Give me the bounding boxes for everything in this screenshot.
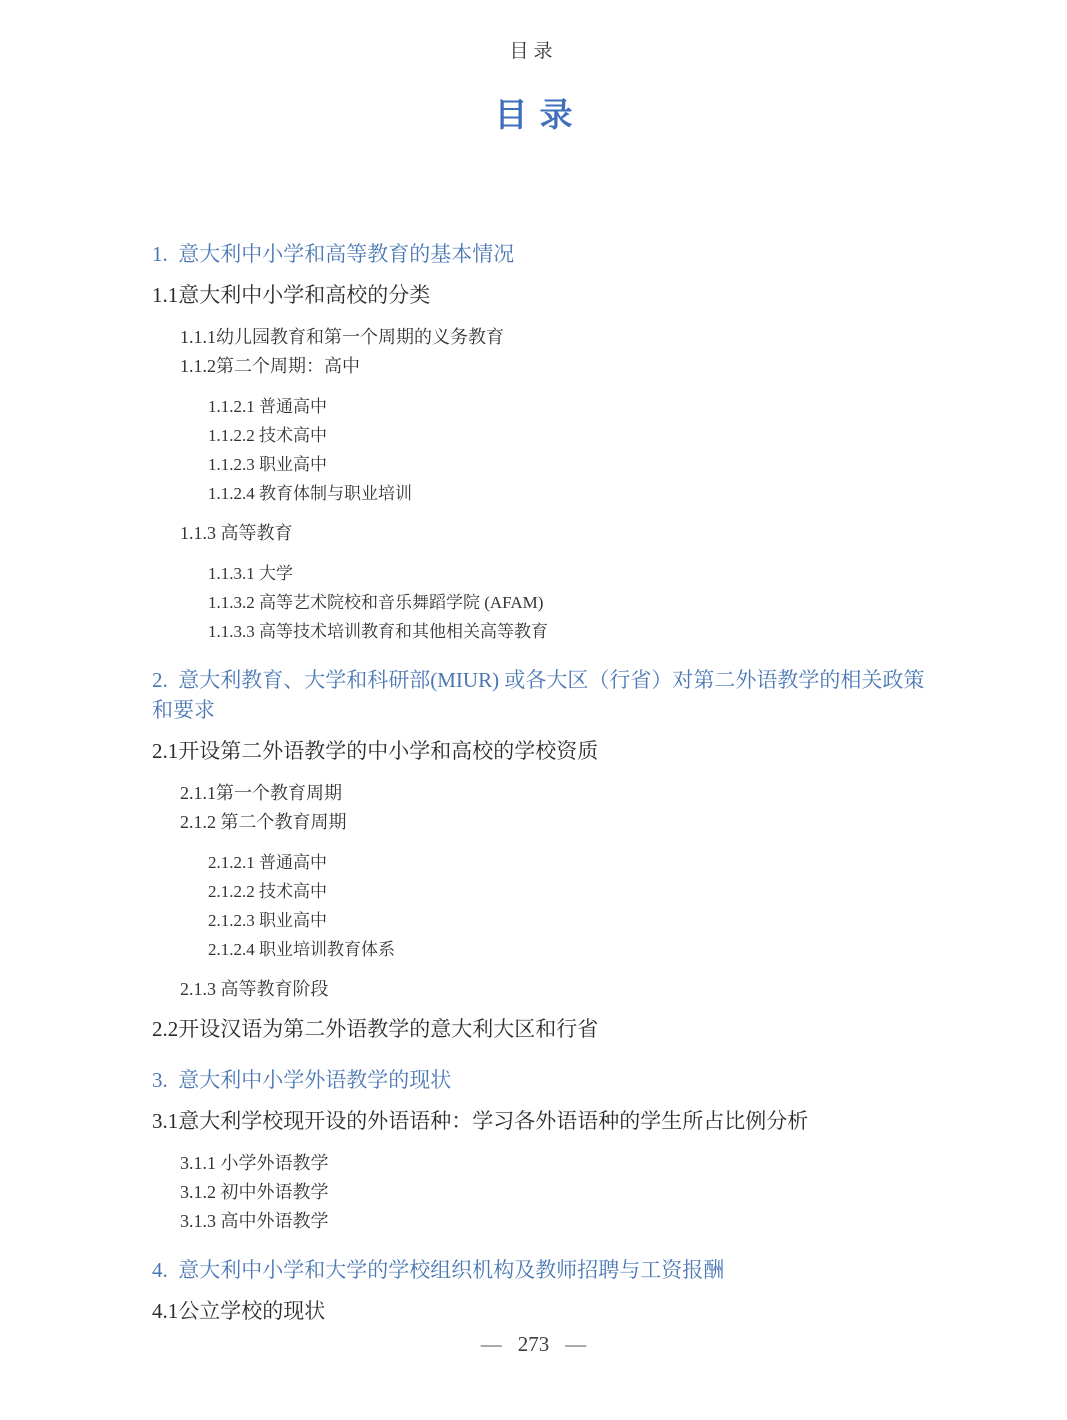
- toc-entry-4-1: 4.1公立学校的现状: [152, 1295, 934, 1327]
- table-of-contents: 1. 意大利中小学和高等教育的基本情况 1.1意大利中小学和高校的分类 1.1.…: [152, 239, 934, 1327]
- toc-entry-2-1-3: 2.1.3 高等教育阶段: [180, 976, 934, 1003]
- toc-entry-1-1-3-3: 1.1.3.3 高等技术培训教育和其他相关高等教育: [208, 618, 934, 645]
- toc-entry-3-1: 3.1意大利学校现开设的外语语种：学习各外语语种的学生所占比例分析: [152, 1105, 934, 1137]
- toc-entry-2-1-2-1: 2.1.2.1 普通高中: [208, 849, 934, 876]
- toc-entry-1-1-2: 1.1.2第二个周期：高中: [180, 353, 934, 380]
- toc-entry-section-3: 3. 意大利中小学外语教学的现状: [152, 1065, 934, 1095]
- toc-entry-2-1-1: 2.1.1第一个教育周期: [180, 780, 934, 807]
- toc-entry-2-1-2-4: 2.1.2.4 职业培训教育体系: [208, 936, 934, 963]
- toc-entry-2-1-2-3: 2.1.2.3 职业高中: [208, 907, 934, 934]
- footer-dash-left: —: [481, 1332, 502, 1356]
- toc-entry-1-1-3-1: 1.1.3.1 大学: [208, 560, 934, 587]
- toc-entry-1-1-2-4: 1.1.2.4 教育体制与职业培训: [208, 480, 934, 507]
- toc-entry-3-1-2: 3.1.2 初中外语教学: [180, 1179, 934, 1206]
- toc-entry-section-2: 2. 意大利教育、大学和科研部(MIUR) 或各大区（行省）对第二外语教学的相关…: [152, 665, 934, 725]
- toc-entry-section-4: 4. 意大利中小学和大学的学校组织机构及教师招聘与工资报酬: [152, 1255, 934, 1285]
- toc-entry-1-1-2-1: 1.1.2.1 普通高中: [208, 393, 934, 420]
- toc-entry-2-1: 2.1开设第二外语教学的中小学和高校的学校资质: [152, 735, 934, 767]
- footer-dash-right: —: [565, 1332, 586, 1356]
- toc-entry-3-1-1: 3.1.1 小学外语教学: [180, 1150, 934, 1177]
- toc-entry-2-1-2-2: 2.1.2.2 技术高中: [208, 878, 934, 905]
- toc-entry-1-1-3: 1.1.3 高等教育: [180, 520, 934, 547]
- page-title: 目录: [0, 94, 1067, 138]
- document-page: 目录 目录 1. 意大利中小学和高等教育的基本情况 1.1意大利中小学和高校的分…: [0, 0, 1067, 1420]
- toc-entry-1-1-2-3: 1.1.2.3 职业高中: [208, 451, 934, 478]
- toc-entry-2-1-2: 2.1.2 第二个教育周期: [180, 809, 934, 836]
- running-header: 目录: [0, 0, 1067, 64]
- toc-entry-2-2: 2.2开设汉语为第二外语教学的意大利大区和行省: [152, 1013, 934, 1045]
- toc-entry-1-1-2-2: 1.1.2.2 技术高中: [208, 422, 934, 449]
- toc-entry-section-1: 1. 意大利中小学和高等教育的基本情况: [152, 239, 934, 269]
- toc-entry-1-1-3-2: 1.1.3.2 高等艺术院校和音乐舞蹈学院 (AFAM): [208, 589, 934, 616]
- toc-entry-1-1-1: 1.1.1幼儿园教育和第一个周期的义务教育: [180, 324, 934, 351]
- page-number: 273: [518, 1332, 550, 1356]
- toc-entry-3-1-3: 3.1.3 高中外语教学: [180, 1208, 934, 1235]
- toc-entry-1-1: 1.1意大利中小学和高校的分类: [152, 279, 934, 311]
- page-footer: —273—: [0, 1332, 1067, 1357]
